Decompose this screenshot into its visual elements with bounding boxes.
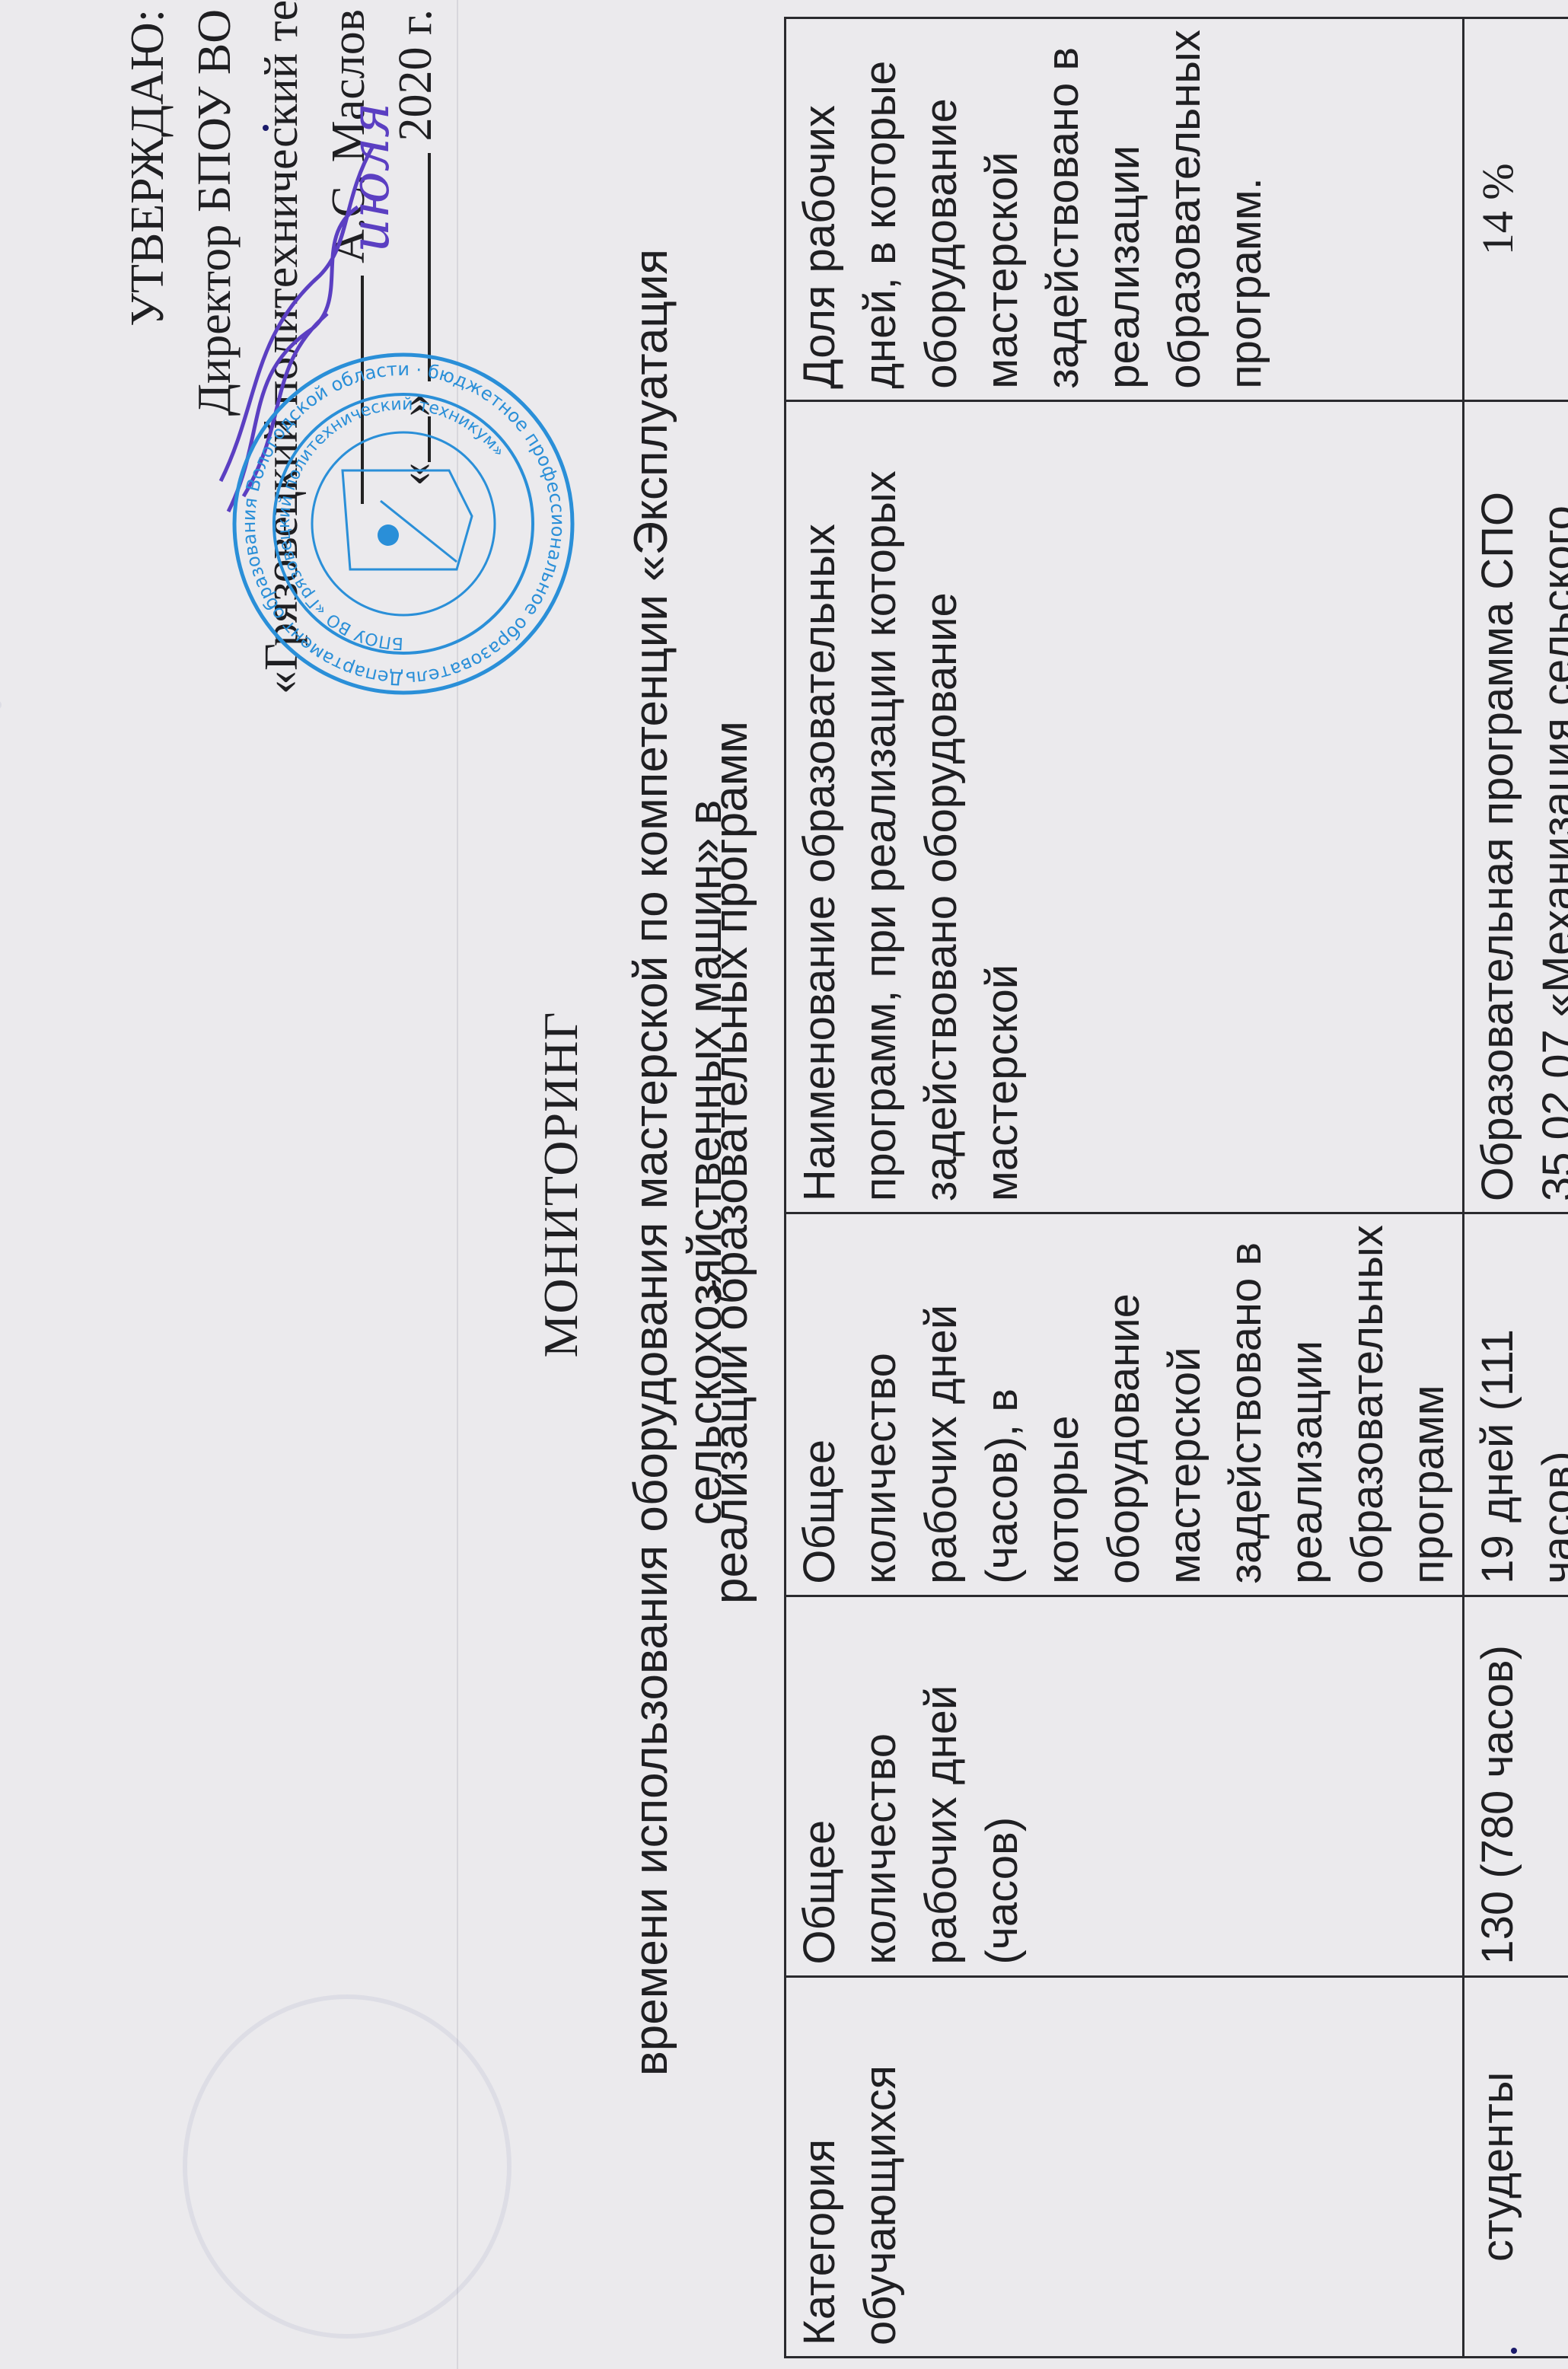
ink-speck	[1511, 2348, 1517, 2354]
document-title: МОНИТОРИНГ	[533, 0, 589, 2369]
document-subtitle-line2: реализации образовательных программ	[704, 2, 758, 2323]
cell-share: 14 %	[1464, 18, 1568, 401]
cell-used-days: 19 дней (111 часов)	[1464, 1213, 1568, 1596]
table-row: студенты 130 (780 часов) 19 дней (111 ча…	[1464, 18, 1568, 2358]
header-share: Доля рабочих дней, в которые оборудовани…	[786, 18, 1464, 401]
ink-speck	[263, 125, 269, 131]
bleed-through-stamp	[183, 1994, 512, 2339]
document-page: УТВЕРЖДАЮ: Директор БПОУ ВО «Грязовецкий…	[0, 0, 1568, 2369]
cell-category: студенты	[1464, 1976, 1568, 2357]
bleed-through	[0, 700, 2, 709]
monitoring-table: Категория обучающихся Общее количество р…	[784, 17, 1568, 2358]
cell-programs: Образовательная программа СПО 35.02.07 «…	[1464, 400, 1568, 1213]
header-total-days: Общее количество рабочих дней (часов)	[786, 1596, 1464, 1976]
official-stamp-icon: Департамент образования Вологодской обла…	[228, 349, 578, 699]
header-programs: Наименование образовательных программ, п…	[786, 400, 1464, 1213]
approval-heading: УТВЕРЖДАЮ:	[114, 9, 181, 694]
cell-total-days: 130 (780 часов)	[1464, 1596, 1568, 1976]
table-header-row: Категория обучающихся Общее количество р…	[786, 18, 1464, 2358]
header-category: Категория обучающихся	[786, 1976, 1464, 2357]
header-used-days: Общее количество рабочих дней (часов), в…	[786, 1213, 1464, 1596]
handwritten-month: июля	[339, 102, 401, 253]
